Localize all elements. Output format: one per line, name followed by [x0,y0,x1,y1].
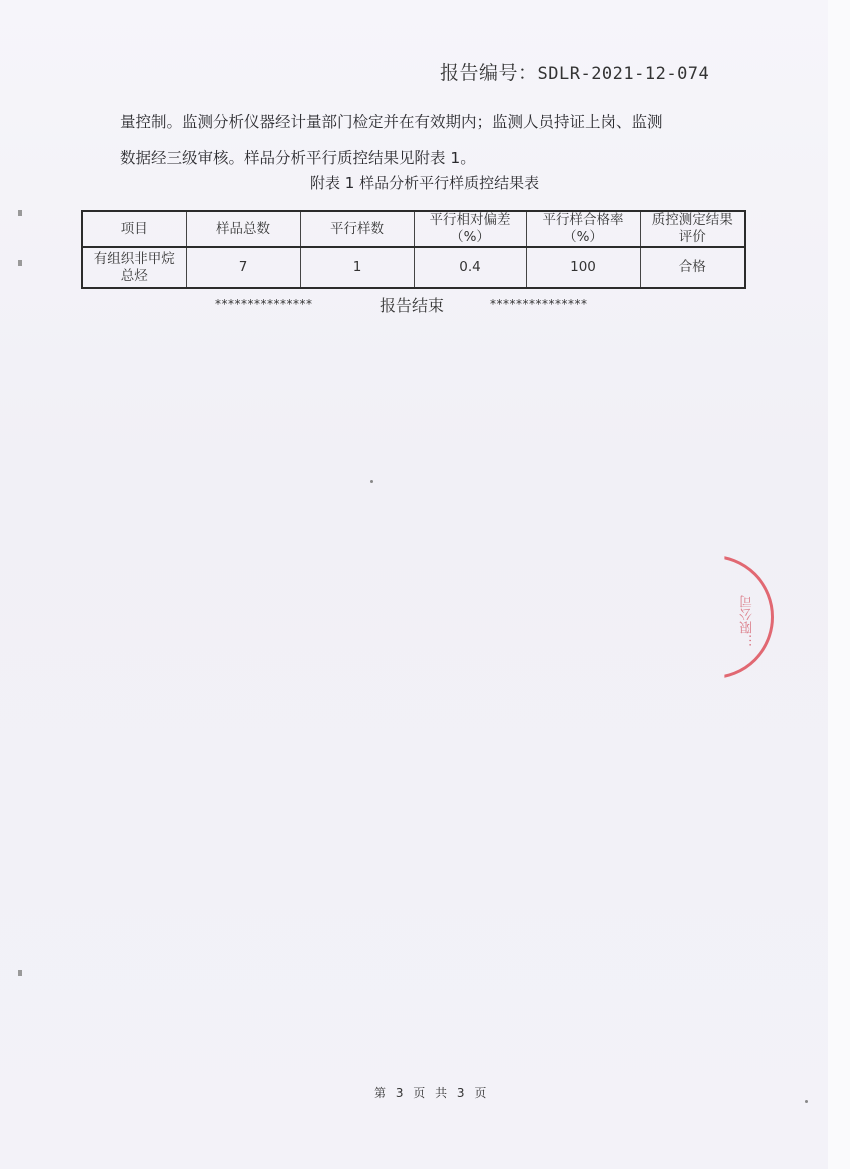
header-item: 项目 [82,211,186,247]
table-title: 附表 1 样品分析平行样质控结果表 [310,172,539,193]
stars-left: *************** [215,297,313,311]
binding-hole-mark [18,210,22,216]
document-page: 报告编号：SDLR-2021-12-074 量控制。监测分析仪器经计量部门检定并… [0,0,850,1169]
page-number: 第 3 页 共 3 页 [374,1084,489,1101]
table-row: 有组织非甲烷总烃 7 1 0.4 100 合格 [82,247,745,288]
scan-speck [370,480,373,483]
cell-relative-deviation: 0.4 [414,247,526,288]
cell-item: 有组织非甲烷总烃 [82,247,186,288]
header-total-samples: 样品总数 [186,211,300,247]
cell-parallel-samples: 1 [300,247,414,288]
company-seal-stamp: …限公司 [690,555,770,675]
paragraph-line: 量控制。监测分析仪器经计量部门检定并在有效期内；监测人员持证上岗、监测 [120,104,710,140]
body-paragraph: 量控制。监测分析仪器经计量部门检定并在有效期内；监测人员持证上岗、监测 数据经三… [120,104,710,176]
paragraph-line: 数据经三级审核。样品分析平行质控结果见附表 1。 [120,140,710,176]
cell-evaluation: 合格 [640,247,745,288]
report-end-text: 报告结束 [380,293,444,316]
seal-text: …限公司 [738,595,757,647]
header-pass-rate: 平行样合格率（%） [526,211,640,247]
cell-pass-rate: 100 [526,247,640,288]
header-relative-deviation: 平行相对偏差（%） [414,211,526,247]
page-edge [828,0,850,1169]
stars-right: *************** [490,297,588,311]
report-number-label: 报告编号： [440,62,538,84]
cell-total-samples: 7 [186,247,300,288]
header-parallel-samples: 平行样数 [300,211,414,247]
header-evaluation: 质控测定结果评价 [640,211,745,247]
report-number-value: SDLR-2021-12-074 [538,64,710,84]
binding-hole-mark [18,970,22,976]
scan-speck [805,1100,808,1103]
report-number: 报告编号：SDLR-2021-12-074 [440,58,709,85]
qc-results-table: 项目 样品总数 平行样数 平行相对偏差（%） 平行样合格率（%） 质控测定结果评… [81,210,746,289]
binding-hole-mark [18,260,22,266]
table-header-row: 项目 样品总数 平行样数 平行相对偏差（%） 平行样合格率（%） 质控测定结果评… [82,211,745,247]
